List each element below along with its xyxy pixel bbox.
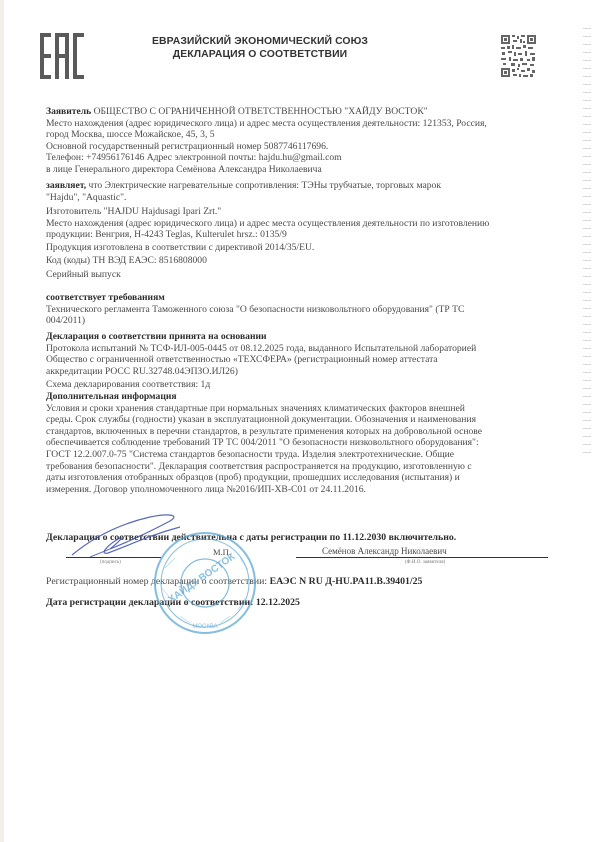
applicant-represented-by: в лице Генерального директора Семёнова А… — [46, 164, 566, 176]
applicant-section: Заявитель ОБЩЕСТВО С ОГРАНИЧЕННОЙ ОТВЕТС… — [46, 106, 566, 176]
conforms-text-line1: Технического регламента Таможенного союз… — [46, 304, 566, 316]
tn-ved-code: Код (коды) ТН ВЭД ЕАЭС: 8516808000 — [46, 255, 566, 267]
additional-info-line: измерения. Договор уполномоченного лица … — [46, 484, 566, 496]
additional-info-line: ГОСТ 12.2.007.0-75 "Система стандартов б… — [46, 449, 566, 461]
qr-code-icon — [500, 33, 537, 79]
additional-info-line: Условия и сроки хранения стандартные при… — [46, 403, 566, 415]
additional-info-section: Дополнительная информация Условия и срок… — [46, 391, 566, 495]
applicant-name: ОБЩЕСТВО С ОГРАНИЧЕННОЙ ОТВЕТСТВЕННОСТЬЮ… — [94, 106, 428, 117]
manufacturer-address-line2: продукции: Венгрия, H-4243 Teglas, Kulte… — [46, 229, 566, 241]
declaration-scheme: Схема декларирования соответствия: 1д — [46, 379, 566, 391]
signer-name-line — [296, 557, 548, 558]
conforms-text-line2: 004/2011) — [46, 315, 566, 327]
additional-info-line: стандартов, включенных в перечни стандар… — [46, 426, 566, 438]
basis-line2: Общество с ограниченной ответственностью… — [46, 354, 566, 366]
conforms-label: соответствует требованиям — [46, 292, 566, 304]
basis-line1: Протокола испытаний № ТСФ-ИЛ-005-0445 от… — [46, 343, 566, 355]
applicant-address-line1: Место нахождения (адрес юридического лиц… — [46, 118, 566, 130]
release-type: Серийный выпуск — [46, 269, 566, 281]
applicant-address-line2: город Москва, шоссе Можайское, 45, 3, 5 — [46, 129, 566, 141]
declares-label: заявляет, — [46, 180, 86, 191]
scan-margin-marks — [583, 28, 591, 458]
applicant-label: Заявитель — [46, 106, 91, 117]
additional-info-line: требования безопасности". Декларация соо… — [46, 461, 566, 473]
union-title: ЕВРАЗИЙСКИЙ ЭКОНОМИЧЕСКИЙ СОЮЗ — [120, 35, 400, 48]
applicant-contacts: Телефон: +74956176146 Адрес электронной … — [46, 152, 566, 164]
conforms-section: соответствует требованиям Технического р… — [46, 292, 566, 327]
signature-scribble-icon — [60, 505, 200, 565]
registration-date-value: 12.12.2025 — [256, 597, 300, 608]
declares-section: заявляет, что Электрические нагревательн… — [46, 180, 566, 203]
signer-caption: (Ф.И.О. заявителя) — [405, 560, 445, 565]
manufacturer-section: Изготовитель "HAJDU Hajdusagi Ipari Zrt.… — [46, 206, 566, 281]
declaration-page: ЕВРАЗИЙСКИЙ ЭКОНОМИЧЕСКИЙ СОЮЗ ДЕКЛАРАЦИ… — [0, 0, 596, 842]
registration-number-value: ЕАЭС N RU Д-HU.PA11.B.39401/25 — [270, 576, 423, 587]
additional-info-line: даты изготовления отобранных образцов (п… — [46, 472, 566, 484]
scan-edge — [0, 0, 4, 842]
additional-info-line: обеспечивается соблюдение требований ТР … — [46, 437, 566, 449]
document-header: ЕВРАЗИЙСКИЙ ЭКОНОМИЧЕСКИЙ СОЮЗ ДЕКЛАРАЦИ… — [120, 35, 400, 61]
stamp-city: МОСКВА — [192, 624, 217, 630]
document-title: ДЕКЛАРАЦИЯ О СООТВЕТСТВИИ — [120, 48, 400, 61]
manufacturer-directive: Продукция изготовлена в соответствии с д… — [46, 242, 566, 254]
basis-line3: аккредитации РОСС RU.32748.04ЭПЗО.ИЛ26) — [46, 366, 566, 378]
declares-text-line1: что Электрические нагревательные сопроти… — [89, 180, 441, 191]
manufacturer-address-line1: Место нахождения (адрес юридического лиц… — [46, 218, 566, 230]
signer-name: Семёнов Александр Николаевич — [322, 546, 447, 558]
basis-label: Декларация о соответствии принята на осн… — [46, 331, 566, 343]
manufacturer-name: Изготовитель "HAJDU Hajdusagi Ipari Zrt.… — [46, 206, 566, 218]
additional-info-label: Дополнительная информация — [46, 391, 566, 403]
applicant-ogrn: Основной государственный регистрационный… — [46, 141, 566, 153]
eac-logo-icon — [40, 33, 84, 79]
basis-section: Декларация о соответствии принята на осн… — [46, 331, 566, 391]
additional-info-line: среды. Срок службы (годности) указан в э… — [46, 414, 566, 426]
declares-text-line2: "Hajdu", "Aquastic". — [46, 192, 566, 204]
